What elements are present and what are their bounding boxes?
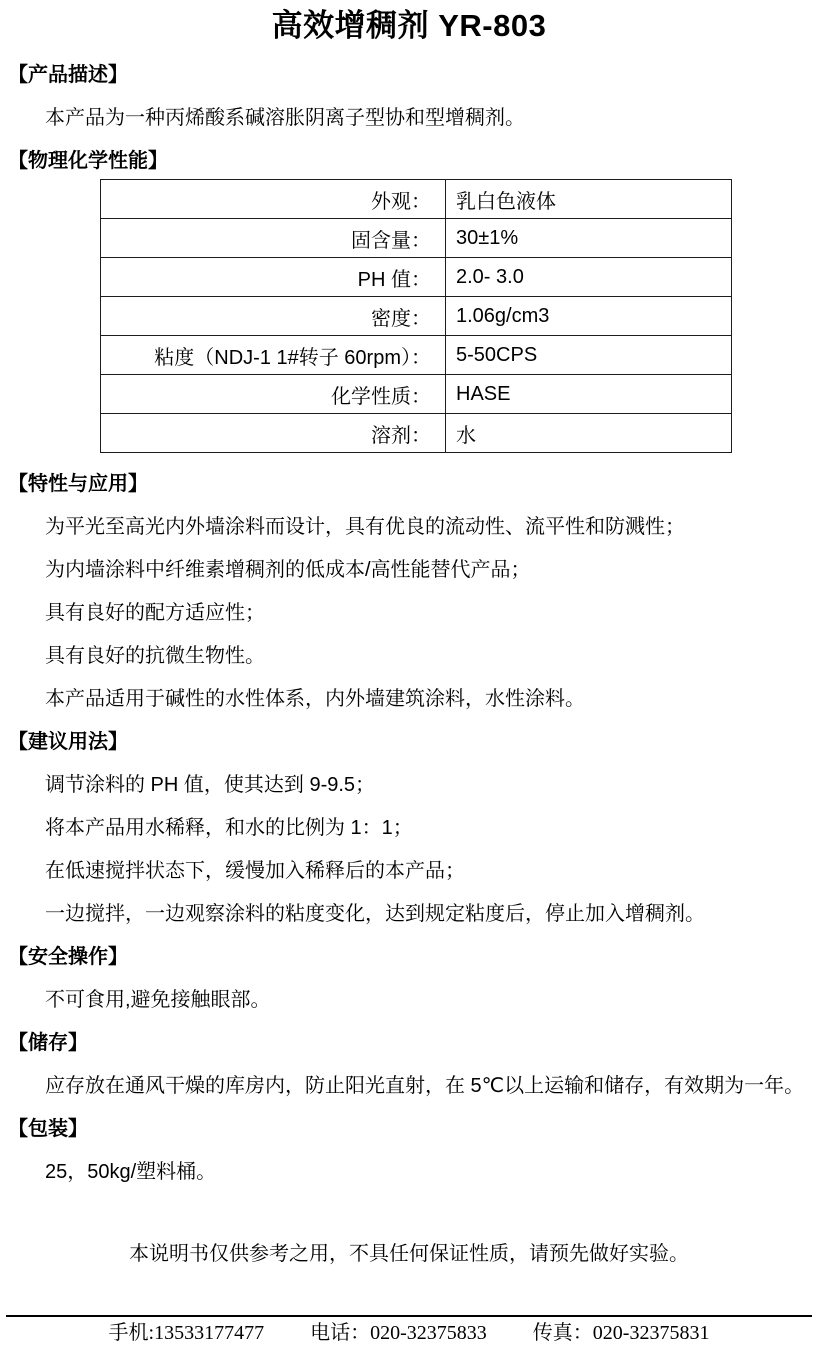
physical-properties-table: 外观： 乳白色液体 固含量： 30±1% PH 值： 2.0- 3.0 密度： …: [100, 179, 732, 453]
body-paragraph: 本产品为一种丙烯酸系碱溶胀阴离子型协和型增稠剂。: [45, 107, 810, 130]
property-label: 外观：: [101, 180, 446, 219]
body-paragraph: 调节涂料的 PH 值，使其达到 9-9.5；: [45, 774, 810, 797]
property-value: 30±1%: [446, 219, 732, 258]
body-paragraph: 在低速搅拌状态下，缓慢加入稀释后的本产品；: [45, 860, 810, 883]
property-label: 粘度（NDJ-1 1#转子 60rpm）：: [101, 336, 446, 375]
document-page: 高效增稠剂 YR-803 【产品描述】 本产品为一种丙烯酸系碱溶胀阴离子型协和型…: [0, 0, 818, 1350]
section-heading-suggested-usage: 【建议用法】: [8, 731, 810, 754]
body-paragraph: 为内墙涂料中纤维素增稠剂的低成本/高性能替代产品；: [45, 559, 810, 582]
body-paragraph: 将本产品用水稀释，和水的比例为 1：1；: [45, 817, 810, 840]
body-paragraph: 不可食用,避免接触眼部。: [45, 989, 810, 1012]
property-label: 密度：: [101, 297, 446, 336]
table-row: 粘度（NDJ-1 1#转子 60rpm）： 5-50CPS: [101, 336, 732, 375]
property-value: HASE: [446, 375, 732, 414]
property-label: PH 值：: [101, 258, 446, 297]
section-heading-packaging: 【包装】: [8, 1118, 810, 1141]
table-row: PH 值： 2.0- 3.0: [101, 258, 732, 297]
section-heading-storage: 【储存】: [8, 1032, 810, 1055]
footer-phone: 电话：020-32375833: [310, 1322, 487, 1344]
table-row: 外观： 乳白色液体: [101, 180, 732, 219]
table-row: 溶剂： 水: [101, 414, 732, 453]
property-label: 化学性质：: [101, 375, 446, 414]
footer-mobile: 手机:13533177477: [109, 1322, 265, 1344]
table-row: 固含量： 30±1%: [101, 219, 732, 258]
section-heading-features-applications: 【特性与应用】: [8, 473, 810, 496]
property-value: 1.06g/cm3: [446, 297, 732, 336]
body-paragraph: 本产品适用于碱性的水性体系，内外墙建筑涂料，水性涂料。: [45, 688, 810, 711]
footer: 手机:13533177477 电话：020-32375833 传真：020-32…: [6, 1315, 812, 1350]
disclaimer-text: 本说明书仅供参考之用，不具任何保证性质，请预先做好实验。: [8, 1243, 810, 1266]
table-row: 密度： 1.06g/cm3: [101, 297, 732, 336]
document-title: 高效增稠剂 YR-803: [8, 0, 810, 44]
property-value: 5-50CPS: [446, 336, 732, 375]
footer-fax: 传真：020-32375831: [533, 1322, 710, 1344]
table-row: 化学性质： HASE: [101, 375, 732, 414]
section-heading-product-description: 【产品描述】: [8, 64, 810, 87]
property-label: 溶剂：: [101, 414, 446, 453]
section-heading-safe-handling: 【安全操作】: [8, 946, 810, 969]
section-heading-physical-chemical-properties: 【物理化学性能】: [8, 150, 810, 173]
property-value: 2.0- 3.0: [446, 258, 732, 297]
body-paragraph: 具有良好的配方适应性；: [45, 602, 810, 625]
body-paragraph: 为平光至高光内外墙涂料而设计，具有优良的流动性、流平性和防溅性；: [45, 516, 810, 539]
body-paragraph: 具有良好的抗微生物性。: [45, 645, 810, 668]
body-paragraph: 一边搅拌，一边观察涂料的粘度变化，达到规定粘度后，停止加入增稠剂。: [45, 903, 810, 926]
body-paragraph: 25，50kg/塑料桶。: [45, 1161, 810, 1184]
property-value: 水: [446, 414, 732, 453]
property-label: 固含量：: [101, 219, 446, 258]
body-paragraph: 应存放在通风干燥的库房内，防止阳光直射，在 5℃以上运输和储存，有效期为一年。: [45, 1075, 810, 1098]
property-value: 乳白色液体: [446, 180, 732, 219]
